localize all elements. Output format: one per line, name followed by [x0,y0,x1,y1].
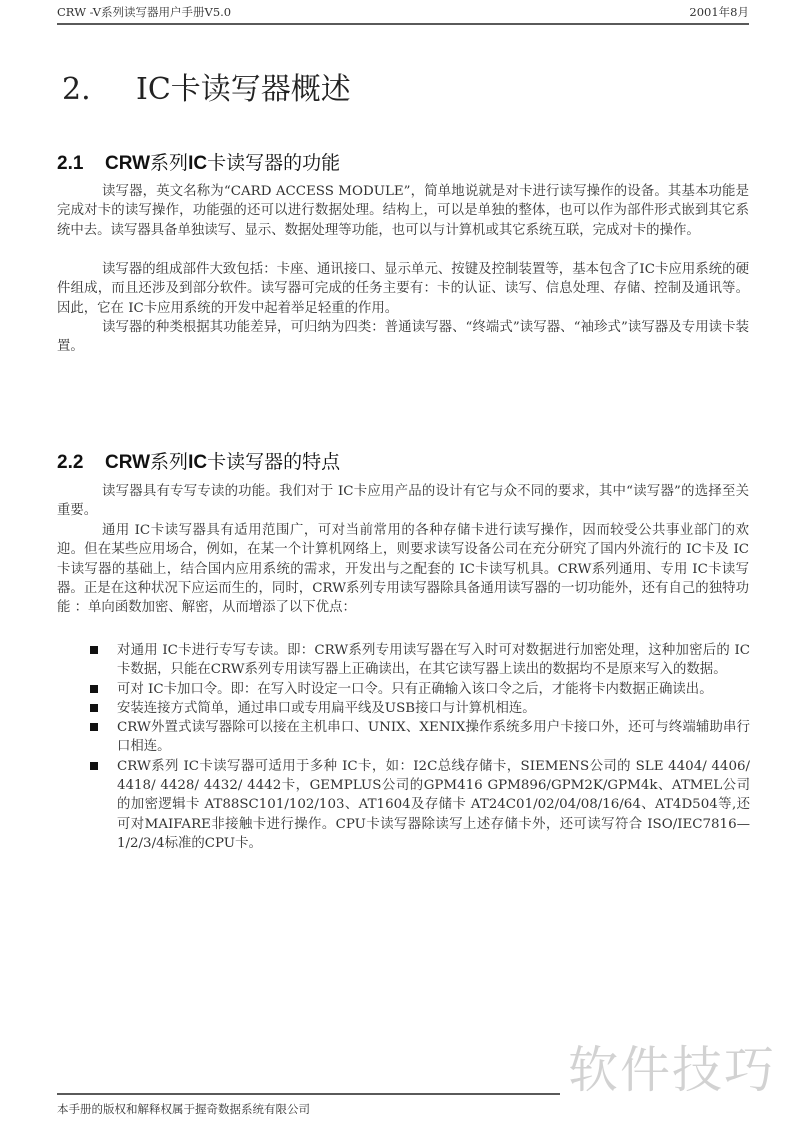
list-item-text: 可对 IC卡加口令。即：在写入时设定一口令。只有正确输入该口令之后，才能将卡内数… [117,682,713,697]
list-item: 可对 IC卡加口令。即：在写入时设定一口令。只有正确输入该口令之后，才能将卡内数… [90,680,750,699]
section-title-crw: CRW [105,452,150,473]
chapter-title-text: IC卡读写器概述 [136,72,351,107]
section-number: 2.2 [57,452,105,474]
manual-title: CRW -V系列读写器用户手册V5.0 [57,4,231,20]
section-title-ic: IC [188,452,207,473]
list-item: CRW系列 IC卡读写器可适用于多种 IC卡，如：I2C总线存储卡，SIEMEN… [90,757,750,853]
section-title-rest: 卡读写器的功能 [207,152,340,174]
list-item-text: CRW系列 IC卡读写器可适用于多种 IC卡，如：I2C总线存储卡，SIEMEN… [117,759,750,851]
list-item: 安装连接方式简单，通过串口或专用扁平线及USB接口与计算机相连。 [90,699,750,718]
section-title-2-2: 2.2CRW系列IC卡读写器的特点 [57,447,340,474]
page-header: CRW -V系列读写器用户手册V5.0 2001年8月 [57,4,749,20]
watermark: 软件技巧 [568,1030,776,1102]
square-bullet-icon [90,762,98,770]
copyright-footer: 本手册的版权和解释权属于握奇数据系统有限公司 [57,1101,310,1117]
paragraph: 通用 IC卡读写器具有适用范围广，可对当前常用的各种存储卡进行读写操作，因而较受… [57,521,749,617]
square-bullet-icon [90,723,98,731]
section-title-crw: CRW [105,153,150,174]
section-title-series: 系列 [150,152,188,174]
list-item-text: 对通用 IC卡进行专写专读。即：CRW系列专用读写器在写入时可对数据进行加密处理… [117,643,750,677]
chapter-number: 2. [62,72,136,107]
list-item-text: 安装连接方式简单，通过串口或专用扁平线及USB接口与计算机相连。 [117,701,536,716]
list-item-text: CRW外置式读写器除可以接在主机串口、UNIX、XENIX操作系统多用户卡接口外… [117,720,750,754]
section-title-ic: IC [188,153,207,174]
square-bullet-icon [90,685,98,693]
footer-rule [57,1093,560,1095]
paragraph: 读写器，英文名称为“CARD ACCESS MODULE”，简单地说就是对卡进行… [57,182,749,240]
paragraph: 读写器的种类根据其功能差异，可归纳为四类：普通读写器、“终端式”读写器、“袖珍式… [57,318,749,357]
list-item: 对通用 IC卡进行专写专读。即：CRW系列专用读写器在写入时可对数据进行加密处理… [90,641,750,680]
list-item: CRW外置式读写器除可以接在主机串口、UNIX、XENIX操作系统多用户卡接口外… [90,718,750,757]
advantages-list: 对通用 IC卡进行专写专读。即：CRW系列专用读写器在写入时可对数据进行加密处理… [90,641,750,853]
square-bullet-icon [90,646,98,654]
publication-date: 2001年8月 [689,4,749,20]
section-title-2-1: 2.1CRW系列IC卡读写器的功能 [57,148,340,175]
chapter-title: 2.IC卡读写器概述 [62,64,351,108]
header-rule [57,23,749,25]
section-title-rest: 卡读写器的特点 [207,451,340,473]
paragraph: 读写器的组成部件大致包括：卡座、通讯接口、显示单元、按键及控制装置等，基本包含了… [57,260,749,318]
square-bullet-icon [90,704,98,712]
paragraph: 读写器具有专写专读的功能。我们对于 IC卡应用产品的设计有它与众不同的要求，其中… [57,482,749,521]
section-number: 2.1 [57,153,105,175]
section-title-series: 系列 [150,451,188,473]
